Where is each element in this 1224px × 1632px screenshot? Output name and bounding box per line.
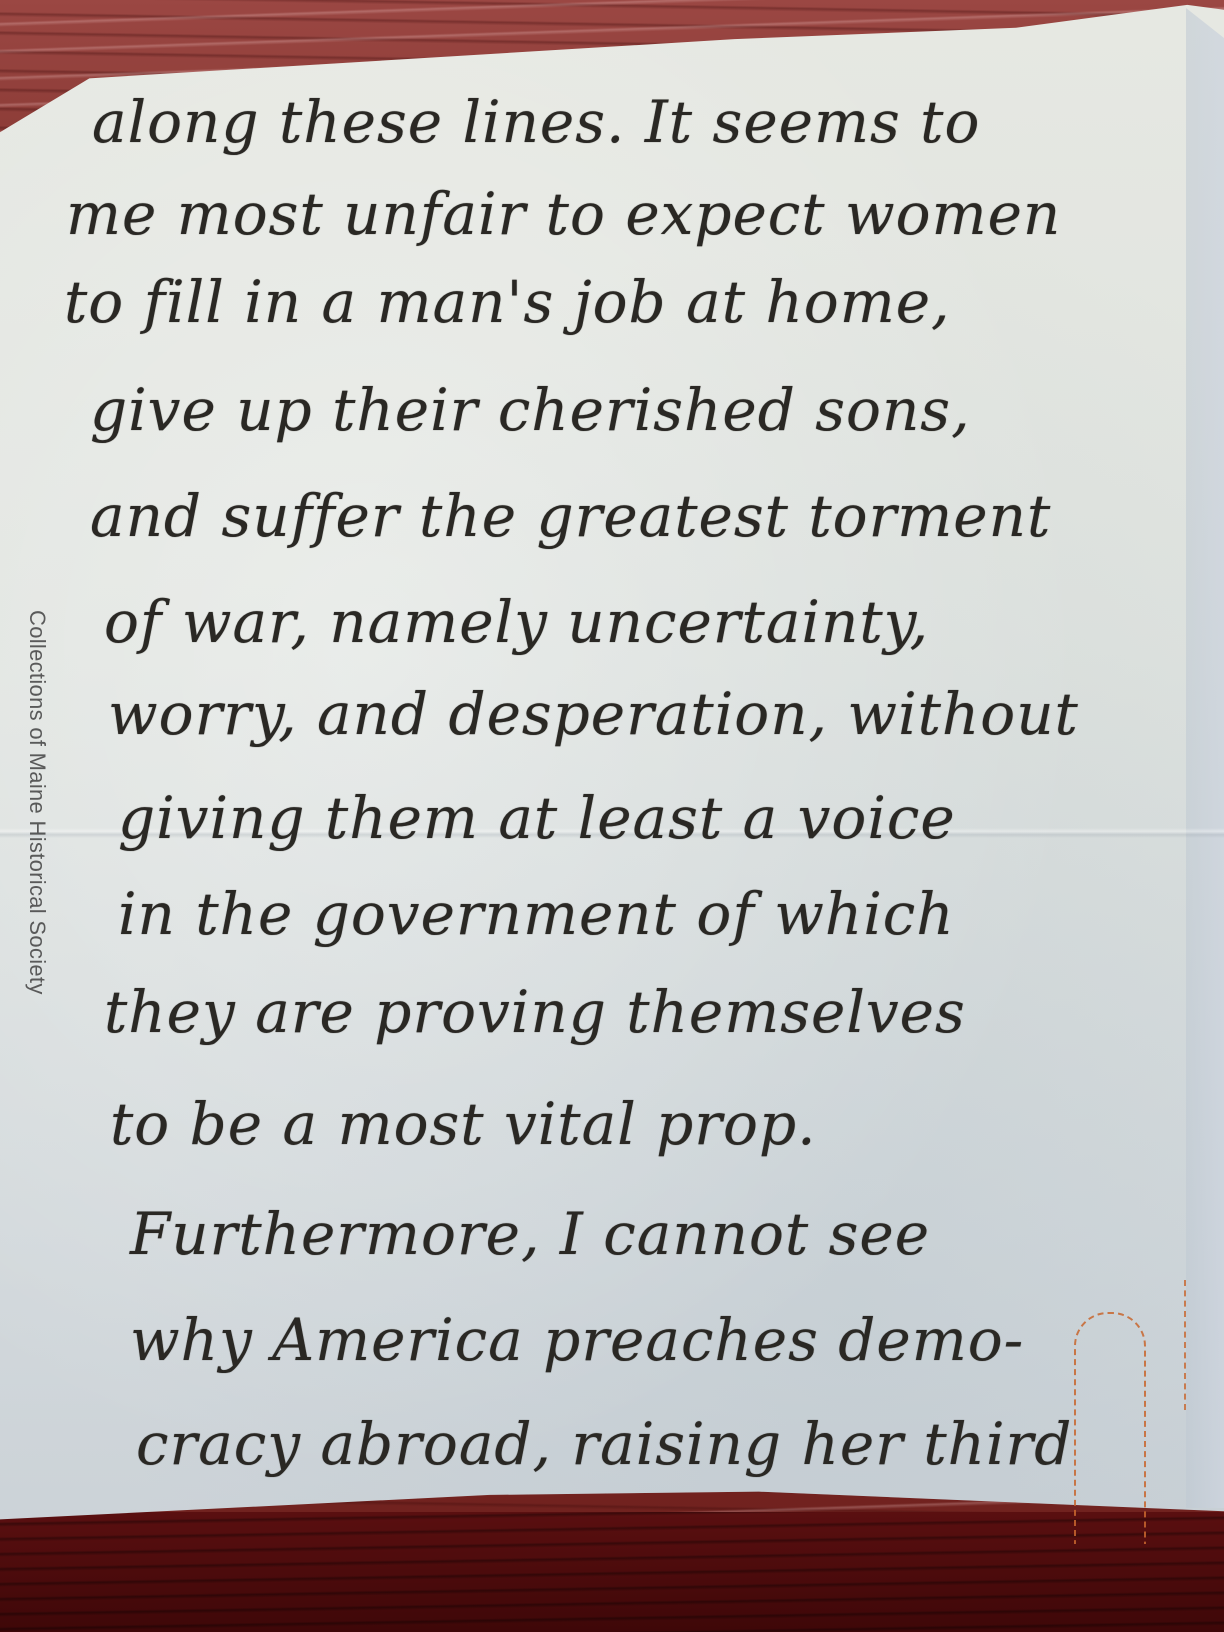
photo-scene: Collections of Maine Historical Society … <box>0 0 1224 1632</box>
text-line: worry, and desperation, without <box>108 680 1079 748</box>
text-line: me most unfair to expect women <box>66 180 1061 248</box>
text-line: they are proving themselves <box>104 978 966 1046</box>
stamp-mark-arch <box>1074 1312 1146 1544</box>
stamp-mark-line <box>1184 1280 1186 1410</box>
text-line: along these lines. It seems to <box>92 88 980 156</box>
text-line: to be a most vital prop. <box>110 1090 817 1158</box>
text-line: cracy abroad, raising her third <box>136 1410 1072 1478</box>
text-line: give up their cherished sons, <box>90 376 971 444</box>
text-line: to fill in a man's job at home, <box>64 268 950 336</box>
text-line: and suffer the greatest torment <box>90 482 1051 550</box>
text-line: giving them at least a voice <box>118 784 956 852</box>
text-line: Furthermore, I cannot see <box>130 1200 930 1268</box>
text-line: of war, namely uncertainty, <box>104 588 929 656</box>
text-line: in the government of which <box>118 880 955 948</box>
text-line: why America preaches demo- <box>130 1306 1024 1374</box>
handwritten-text-block: along these lines. It seems to me most u… <box>0 0 1224 1632</box>
